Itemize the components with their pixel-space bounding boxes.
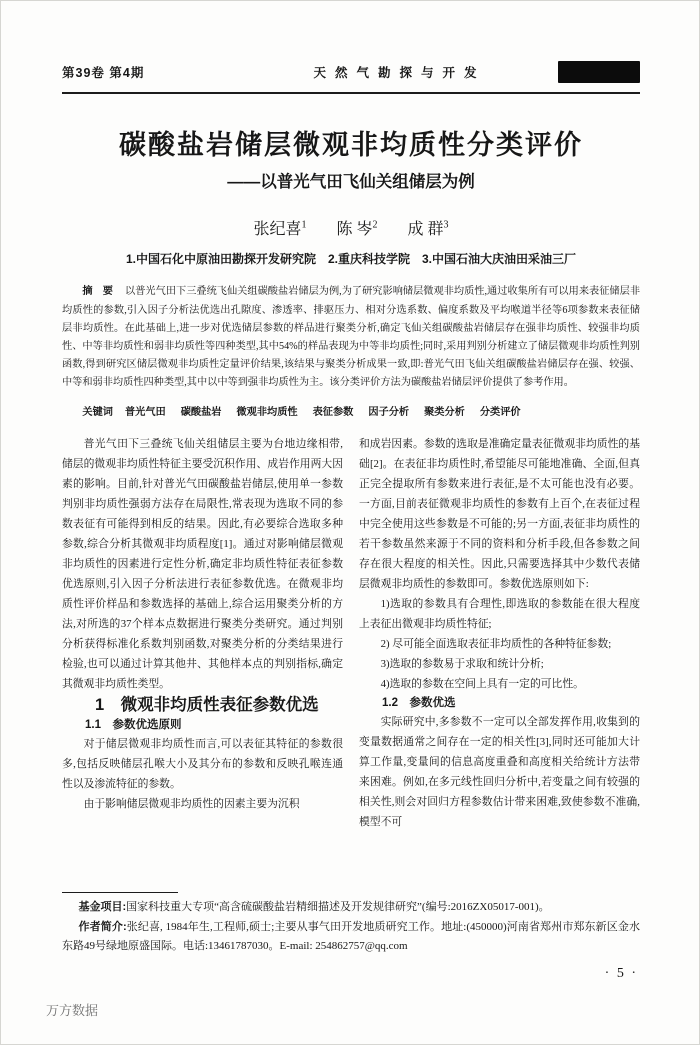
intro-paragraph: 普光气田下三叠统飞仙关组储层主要为台地边缘相带,储层的微观非均质性特征主要受沉积…: [62, 434, 343, 694]
journal-header: 第39卷 第4期 天然气勘探与开发: [62, 60, 640, 84]
principle-list-item: 1)选取的参数具有合理性,即选取的参数能在很大程度上表征出微观非均质性特征;: [359, 594, 640, 634]
right-column: 和成岩因素。参数的选取是准确定量表征微观非均质性的基础[2]。在表征非均质性时,…: [359, 434, 640, 832]
principle-list-item: 3)选取的参数易于求取和统计分析;: [359, 654, 640, 674]
funding-note: 基金项目:国家科技重大专项“高含硫碳酸盐岩精细描述及开发规律研究”(编号:201…: [62, 898, 640, 918]
page-content: 第39卷 第4期 天然气勘探与开发 碳酸盐岩储层微观非均质性分类评价 ——以普光…: [62, 0, 640, 832]
footnote-divider: [62, 892, 178, 893]
abstract-label: 摘 要: [82, 286, 113, 297]
paper-subtitle: ——以普光气田飞仙关组储层为例: [62, 171, 640, 193]
body-paragraph: 和成岩因素。参数的选取是准确定量表征微观非均质性的基础[2]。在表征非均质性时,…: [359, 434, 640, 594]
author-bio-text: 张纪喜, 1984年生,工程师,硕士;主要从事气田开发地质研究工作。地址:(45…: [62, 921, 640, 953]
journal-name: 天然气勘探与开发: [232, 63, 558, 81]
body-paragraph: 由于影响储层微观非均质性的因素主要为沉积: [62, 794, 343, 814]
section-1-2-heading: 1.2 参数优选: [359, 694, 640, 712]
footnote-block: 基金项目:国家科技重大专项“高含硫碳酸盐岩精细描述及开发规律研究”(编号:201…: [62, 892, 640, 957]
keyword-item: 普光气田: [125, 407, 166, 418]
keyword-item: 聚类分析: [424, 407, 465, 418]
author-3-name: 成 群: [408, 221, 444, 238]
funding-label: 基金项目:: [79, 901, 127, 913]
left-column: 普光气田下三叠统飞仙关组储层主要为台地边缘相带,储层的微观非均质性特征主要受沉积…: [62, 434, 343, 832]
author-line: 张纪喜1 陈 岑2 成 群3: [62, 215, 640, 241]
author-1-name: 张纪喜: [253, 221, 301, 238]
scanned-paper-page: 第39卷 第4期 天然气勘探与开发 碳酸盐岩储层微观非均质性分类评价 ——以普光…: [0, 0, 700, 1045]
body-paragraph: 对于储层微观非均质性而言,可以表征其特征的参数很多,包括反映储层孔喉大小及其分布…: [62, 734, 343, 794]
redacted-stamp-box: [558, 61, 640, 83]
author-3-affiliation-mark: 3: [444, 220, 449, 231]
keywords-line: 关键词普光气田碳酸盐岩微观非均质性表征参数因子分析聚类分析分类评价: [62, 403, 640, 422]
keyword-item: 碳酸盐岩: [181, 407, 222, 418]
author-3: 成 群3: [408, 221, 449, 238]
author-bio-label: 作者简介:: [79, 921, 127, 933]
keyword-item: 分类评价: [480, 407, 521, 418]
principle-list-item: 2) 尽可能全面选取表征非均质性的各种特征参数;: [359, 634, 640, 654]
author-2: 陈 岑2: [336, 221, 377, 238]
issue-info: 第39卷 第4期: [62, 63, 232, 81]
affiliations-line: 1.中国石化中原油田勘探开发研究院 2.重庆科技学院 3.中国石油大庆油田采油三…: [62, 251, 640, 268]
body-paragraph: 实际研究中,多参数不一定可以全部发挥作用,收集到的变量数据通常之间存在一定的相关…: [359, 712, 640, 832]
author-bio-note: 作者简介:张纪喜, 1984年生,工程师,硕士;主要从事气田开发地质研究工作。地…: [62, 918, 640, 957]
funding-text: 国家科技重大专项“高含硫碳酸盐岩精细描述及开发规律研究”(编号:2016ZX05…: [126, 901, 549, 913]
keyword-item: 微观非均质性: [236, 407, 297, 418]
article-body: 普光气田下三叠统飞仙关组储层主要为台地边缘相带,储层的微观非均质性特征主要受沉积…: [62, 434, 640, 832]
author-1: 张纪喜1: [253, 221, 306, 238]
keyword-item: 表征参数: [313, 407, 354, 418]
author-2-name: 陈 岑: [336, 221, 372, 238]
header-divider: [62, 92, 640, 94]
keyword-item: 因子分析: [368, 407, 409, 418]
abstract-text: 以普光气田下三叠统飞仙关组碳酸盐岩储层为例,为了研究影响储层微观非均质性,通过收…: [62, 286, 640, 388]
principle-list-item: 4)选取的参数在空间上具有一定的可比性。: [359, 674, 640, 694]
page-number: · 5 ·: [605, 966, 638, 982]
author-2-affiliation-mark: 2: [373, 220, 378, 231]
wanfang-watermark: 万方数据: [46, 1000, 98, 1019]
keywords-label: 关键词: [82, 407, 113, 418]
abstract-paragraph: 摘 要以普光气田下三叠统飞仙关组碳酸盐岩储层为例,为了研究影响储层微观非均质性,…: [62, 283, 640, 392]
section-1-heading: 1 微观非均质性表征参数优选: [62, 694, 343, 716]
section-1-1-heading: 1.1 参数优选原则: [62, 716, 343, 734]
paper-title: 碳酸盐岩储层微观非均质性分类评价: [62, 128, 640, 162]
author-1-affiliation-mark: 1: [301, 220, 306, 231]
